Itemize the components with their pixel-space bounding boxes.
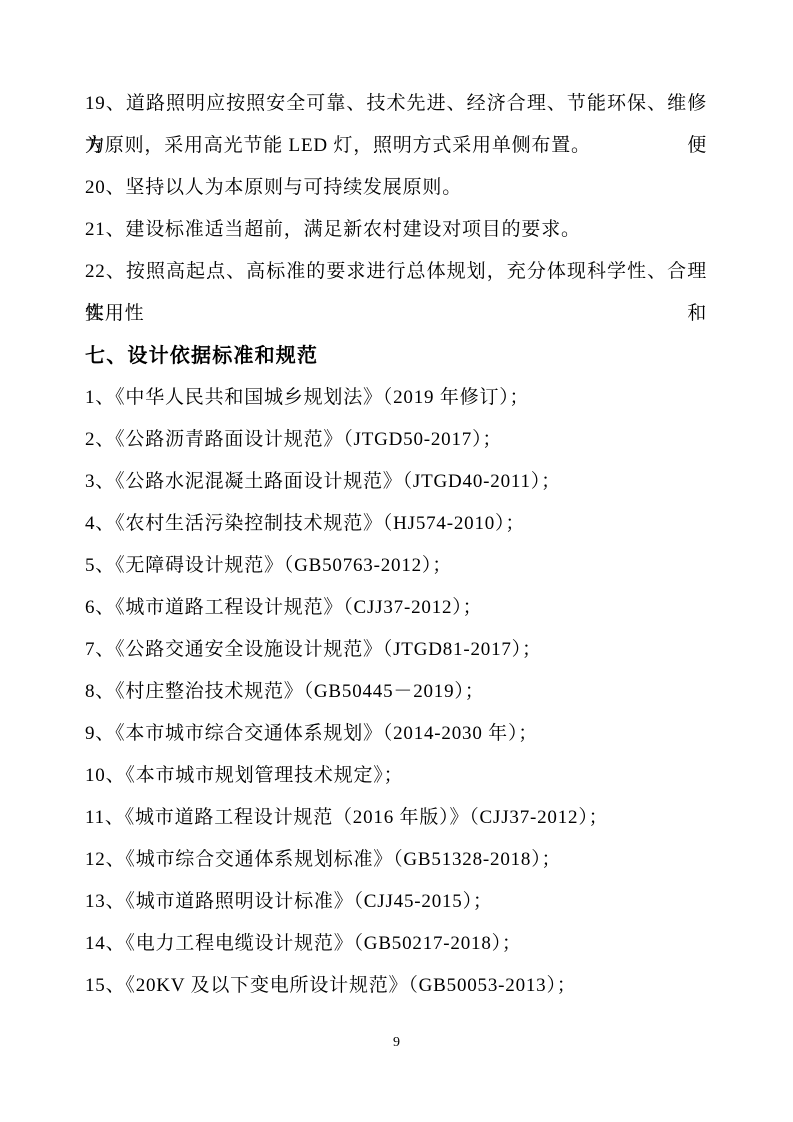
standard-item-8: 8、《村庄整治技术规范》（GB50445－2019）； [85,671,707,713]
page-number: 9 [0,1033,793,1053]
standard-item-11: 11、《城市道路工程设计规范（2016 年版）》（CJJ37-2012）； [85,797,707,839]
standard-item-4: 4、《农村生活污染控制技术规范》（HJ574-2010）； [85,503,707,545]
standard-item-9: 9、《本市城市综合交通体系规划》（2014-2030 年）； [85,713,707,755]
principle-22-line-1: 22、按照高起点、高标准的要求进行总体规划，充分体现科学性、合理性和 [85,251,707,293]
standard-item-2: 2、《公路沥青路面设计规范》（JTGD50-2017）； [85,419,707,461]
standard-item-6: 6、《城市道路工程设计规范》（CJJ37-2012）； [85,587,707,629]
standard-item-1: 1、《中华人民共和国城乡规划法》（2019 年修订）； [85,377,707,419]
standard-item-7: 7、《公路交通安全设施设计规范》（JTGD81-2017）； [85,629,707,671]
standard-item-12: 12、《城市综合交通体系规划标准》（GB51328-2018）； [85,839,707,881]
standard-item-13: 13、《城市道路照明设计标准》（CJJ45-2015）； [85,881,707,923]
principle-19-line-1: 19、道路照明应按照安全可靠、技术先进、经济合理、节能环保、维修方便 [85,83,707,125]
principle-21: 21、建设标准适当超前，满足新农村建设对项目的要求。 [85,209,707,251]
standard-item-5: 5、《无障碍设计规范》（GB50763-2012）； [85,545,707,587]
standard-item-10: 10、《本市城市规划管理技术规定》； [85,755,707,797]
standard-item-3: 3、《公路水泥混凝土路面设计规范》（JTGD40-2011）； [85,461,707,503]
standard-item-15: 15、《20KV 及以下变电所设计规范》（GB50053-2013）； [85,965,707,1007]
principle-20: 20、坚持以人为本原则与可持续发展原则。 [85,167,707,209]
document-body: 19、道路照明应按照安全可靠、技术先进、经济合理、节能环保、维修方便 为原则，采… [85,83,707,1007]
standard-item-14: 14、《电力工程电缆设计规范》（GB50217-2018）； [85,923,707,965]
section-heading: 七、设计依据标准和规范 [85,335,707,377]
